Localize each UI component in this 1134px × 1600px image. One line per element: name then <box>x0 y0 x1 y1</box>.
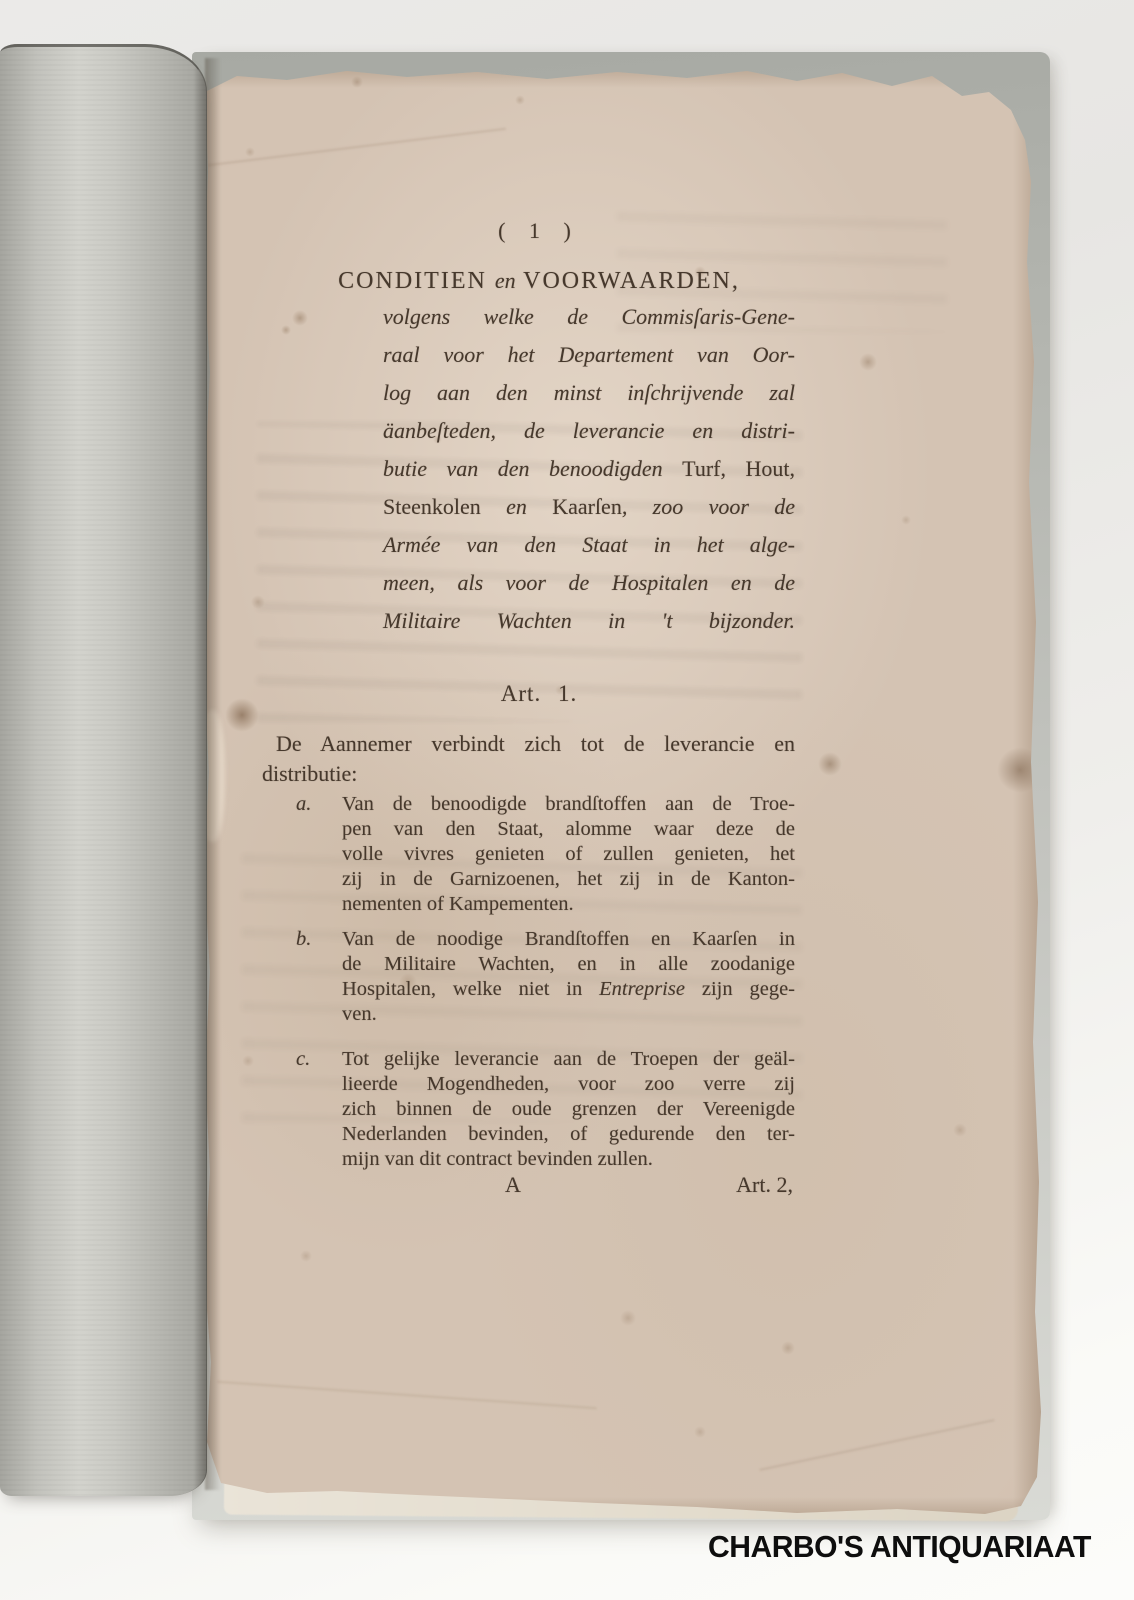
foxing-spot <box>245 147 255 157</box>
clause-a-label: a. <box>296 792 311 817</box>
foxing-spot <box>901 515 911 525</box>
clause-a-text: Van de benoodigde brandſtoffen aan de Tr… <box>342 792 795 917</box>
cover-shadow <box>205 58 221 1490</box>
foxing-spot <box>242 1055 254 1067</box>
page-number: ( 1 ) <box>283 218 795 244</box>
watermark-text: CHARBO'S ANTIQUARIAAT <box>708 1529 1115 1565</box>
clause-c-label: c. <box>296 1047 310 1072</box>
document-page: ( 1 ) CONDITIEN en VOORWAARDEN, volgens … <box>197 62 1043 1517</box>
signature-line: A Art. 2, <box>283 1172 795 1202</box>
clause-c-text: Tot gelijke leverancie aan de Troepen de… <box>342 1047 795 1172</box>
clause-a: a. Van de benoodigde brandſtoffen aan de… <box>296 792 795 917</box>
signature-mark: A <box>505 1172 521 1198</box>
foxing-spot <box>859 353 877 371</box>
clause-c: c. Tot gelijke leverancie aan de Troepen… <box>296 1047 795 1172</box>
catchword: Art. 2, <box>736 1172 793 1198</box>
book-photograph: ( 1 ) CONDITIEN en VOORWAARDEN, volgens … <box>0 0 1134 1600</box>
clause-b-label: b. <box>296 927 311 952</box>
article-1-opening: De Aannemer verbindt zich tot de leveran… <box>262 729 795 789</box>
document-title: CONDITIEN en VOORWAARDEN, <box>283 268 795 295</box>
rolled-back-cover <box>0 44 207 1496</box>
foxing-spot <box>251 595 265 609</box>
text-column: ( 1 ) CONDITIEN en VOORWAARDEN, volgens … <box>283 62 795 1517</box>
clause-b-text: Van de noodige Brandſtoffen en Kaarſen i… <box>342 927 795 1027</box>
foxing-spot <box>225 698 259 732</box>
clause-b: b. Van de noodige Brandſtoffen en Kaarſe… <box>296 927 795 1027</box>
foxing-spot <box>818 752 842 776</box>
article-1-heading: Art. 1. <box>283 681 795 707</box>
foxing-spot <box>953 1123 967 1137</box>
title-subtext: volgens welke de Commisſaris-Gene-raal v… <box>383 298 795 640</box>
